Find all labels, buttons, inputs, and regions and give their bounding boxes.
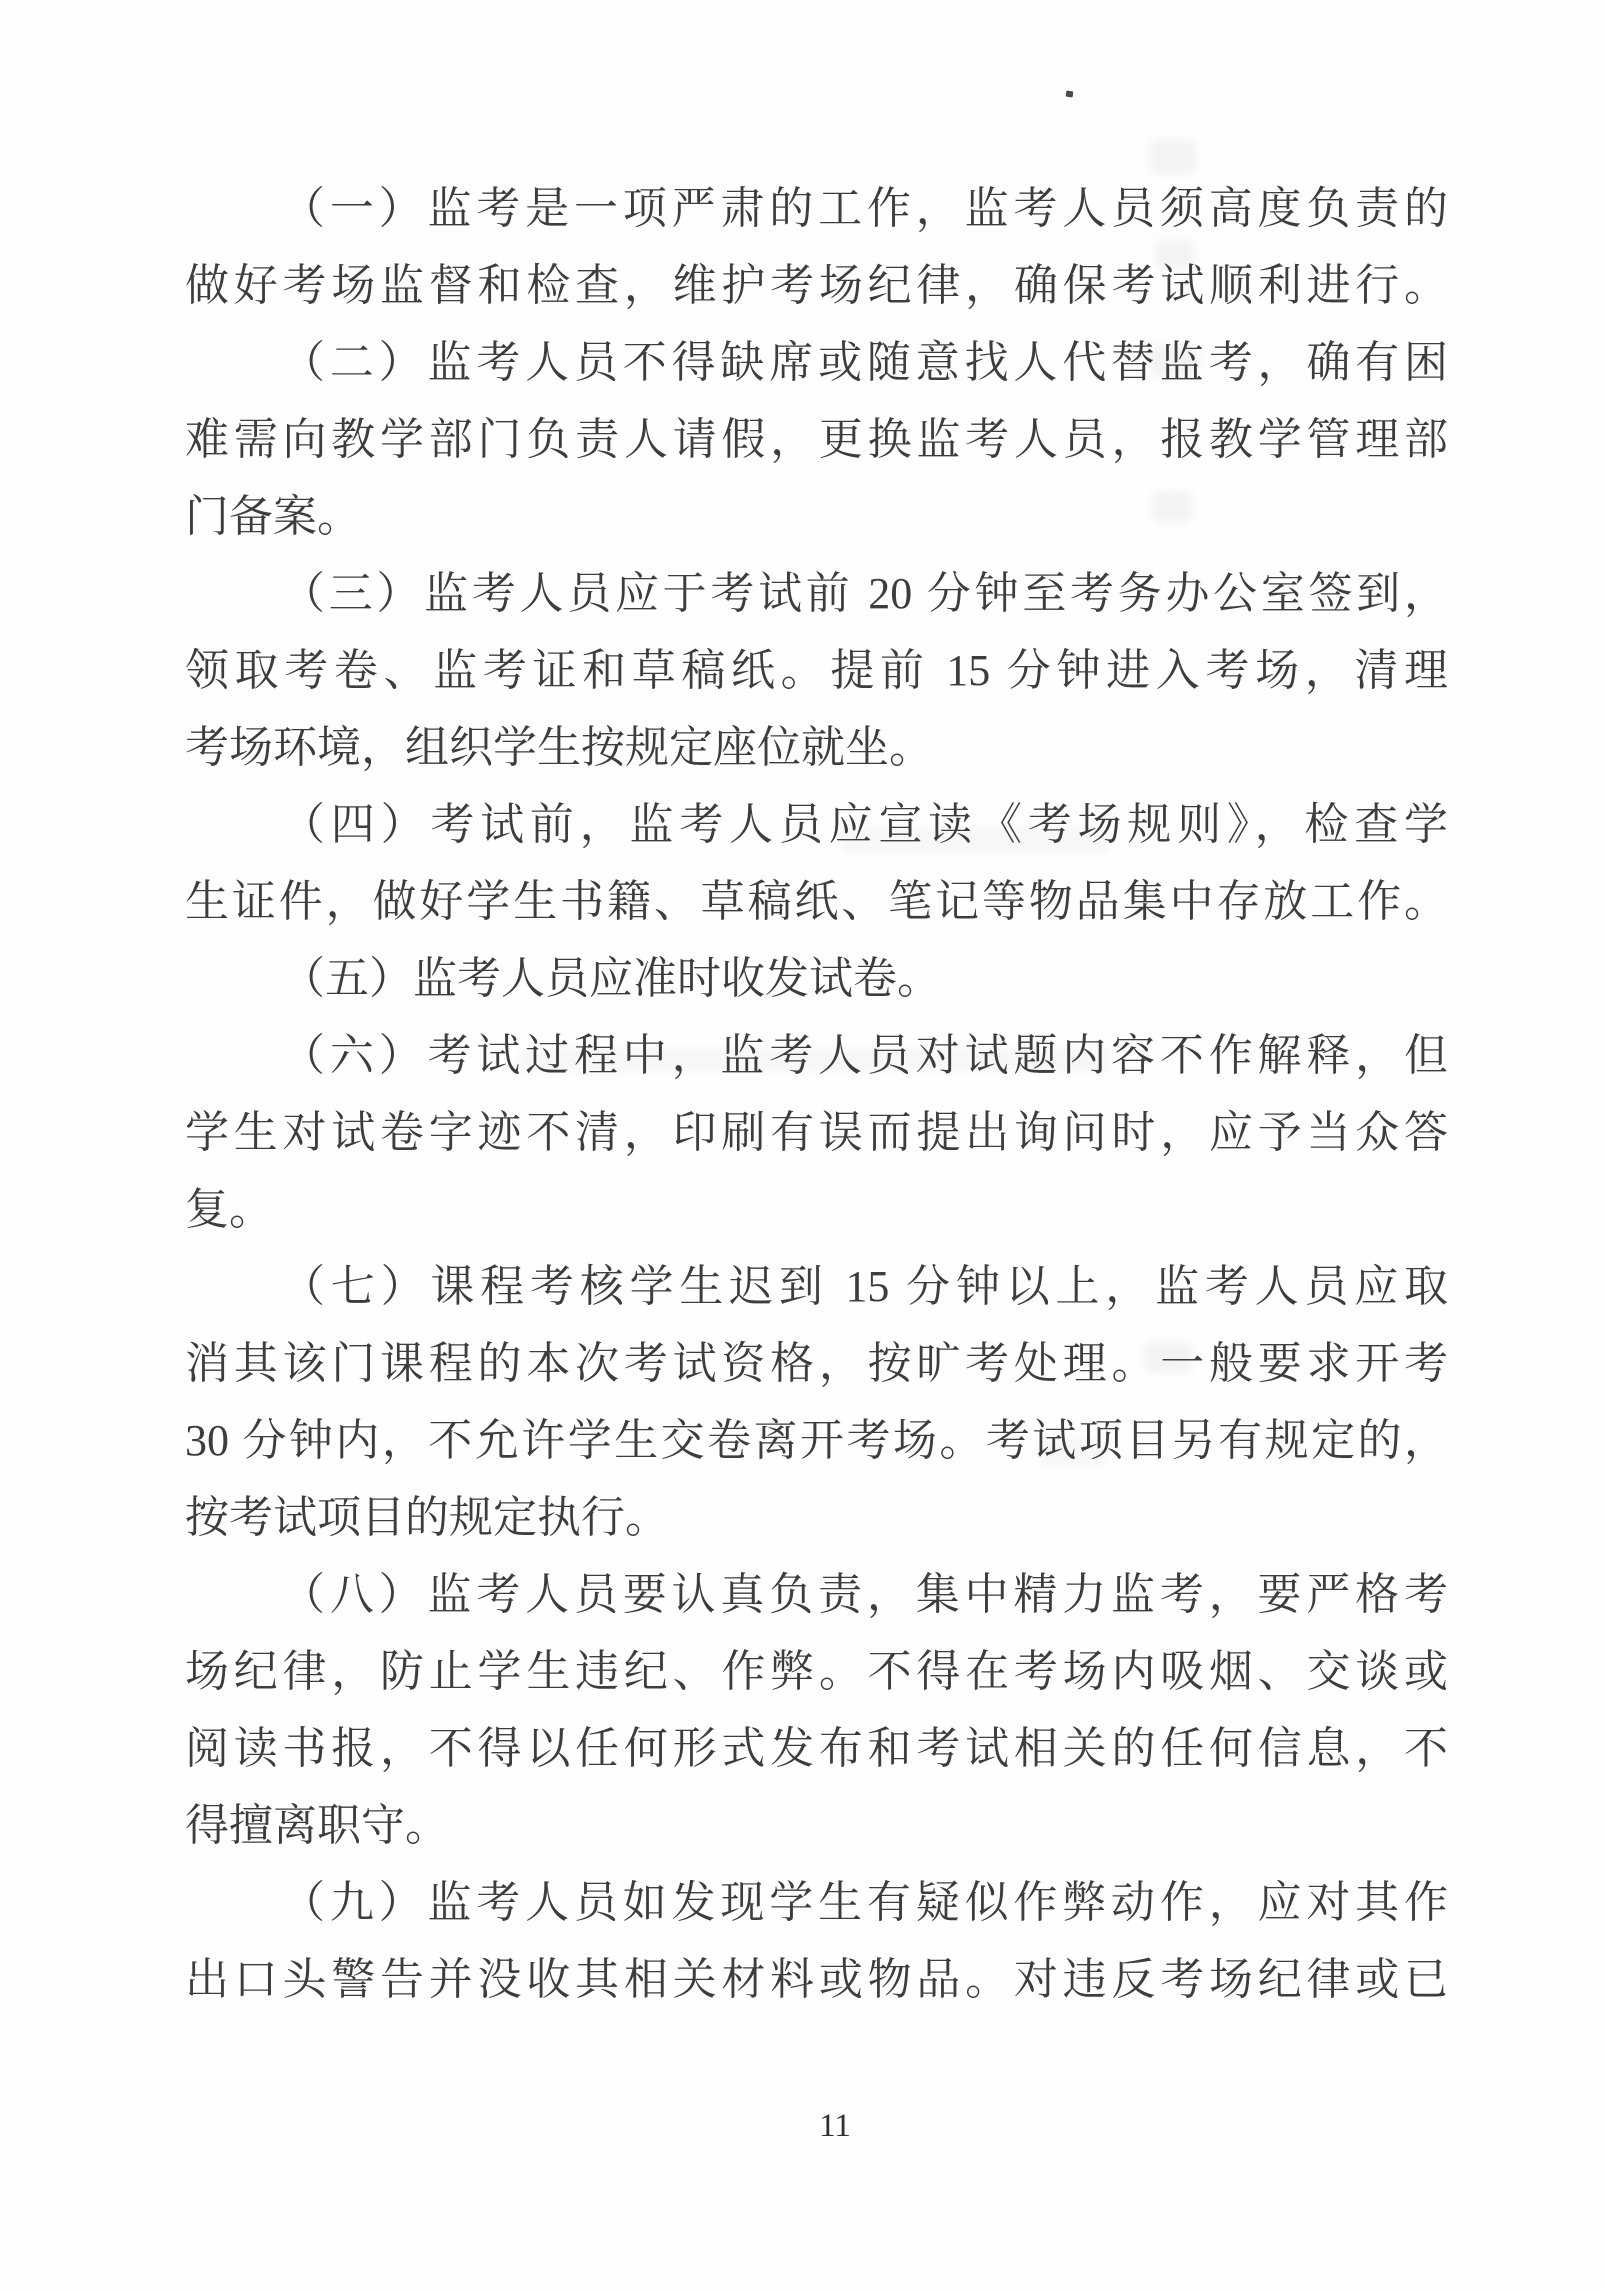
text-line: 阅读书报，不得以任何形式发布和考试相关的任何信息，不	[185, 1710, 1448, 1787]
text-block: （一）监考是一项严肃的工作，监考人员须高度负责的 做好考场监督和检查，维护考场纪…	[185, 170, 1448, 2018]
page-number: 11	[780, 2106, 890, 2146]
text-line: 30 分钟内，不允许学生交卷离开考场。考试项目另有规定的，	[185, 1402, 1448, 1479]
text-line: （四）考试前，监考人员应宣读《考场规则》，检查学	[185, 786, 1448, 863]
text-line: 学生对试卷字迹不清，印刷有误而提出询问时，应予当众答	[185, 1094, 1448, 1171]
paragraph-9: （九）监考人员如发现学生有疑似作弊动作，应对其作 出口头警告并没收其相关材料或物…	[185, 1864, 1448, 2018]
document-page: （一）监考是一项严肃的工作，监考人员须高度负责的 做好考场监督和检查，维护考场纪…	[0, 0, 1605, 2290]
paragraph-4: （四）考试前，监考人员应宣读《考场规则》，检查学 生证件，做好学生书籍、草稿纸、…	[185, 786, 1448, 940]
text-line: 考场环境，组织学生按规定座位就坐。	[185, 709, 1448, 786]
text-line: 生证件，做好学生书籍、草稿纸、笔记等物品集中存放工作。	[185, 863, 1448, 940]
text-line: 领取考卷、监考证和草稿纸。提前 15 分钟进入考场，清理	[185, 632, 1448, 709]
text-line: （一）监考是一项严肃的工作，监考人员须高度负责的	[185, 170, 1448, 247]
paragraph-6: （六）考试过程中，监考人员对试题内容不作解释，但 学生对试卷字迹不清，印刷有误而…	[185, 1017, 1448, 1248]
paragraph-1: （一）监考是一项严肃的工作，监考人员须高度负责的 做好考场监督和检查，维护考场纪…	[185, 170, 1448, 324]
bleed-through-artifact	[1150, 140, 1196, 174]
text-line: （八）监考人员要认真负责，集中精力监考，要严格考	[185, 1556, 1448, 1633]
paragraph-3: （三）监考人员应于考试前 20 分钟至考务办公室签到， 领取考卷、监考证和草稿纸…	[185, 555, 1448, 786]
paragraph-2: （二）监考人员不得缺席或随意找人代替监考，确有困 难需向教学部门负责人请假，更换…	[185, 324, 1448, 555]
text-line: （六）考试过程中，监考人员对试题内容不作解释，但	[185, 1017, 1448, 1094]
scan-dot-artifact	[1066, 91, 1074, 98]
text-line: 门备案。	[185, 478, 1448, 555]
text-line: 复。	[185, 1171, 1448, 1248]
text-line: 得擅离职守。	[185, 1787, 1448, 1864]
paragraph-8: （八）监考人员要认真负责，集中精力监考，要严格考 场纪律，防止学生违纪、作弊。不…	[185, 1556, 1448, 1864]
text-line: 场纪律，防止学生违纪、作弊。不得在考场内吸烟、交谈或	[185, 1633, 1448, 1710]
text-line: （七）课程考核学生迟到 15 分钟以上，监考人员应取	[185, 1248, 1448, 1325]
text-line: （五）监考人员应准时收发试卷。	[185, 940, 1448, 1017]
text-line: （三）监考人员应于考试前 20 分钟至考务办公室签到，	[185, 555, 1448, 632]
text-line: 做好考场监督和检查，维护考场纪律，确保考试顺利进行。	[185, 247, 1448, 324]
paragraph-5: （五）监考人员应准时收发试卷。	[185, 940, 1448, 1017]
text-line: （九）监考人员如发现学生有疑似作弊动作，应对其作	[185, 1864, 1448, 1941]
text-line: 按考试项目的规定执行。	[185, 1479, 1448, 1556]
paragraph-7: （七）课程考核学生迟到 15 分钟以上，监考人员应取 消其该门课程的本次考试资格…	[185, 1248, 1448, 1556]
text-line: 出口头警告并没收其相关材料或物品。对违反考场纪律或已	[185, 1941, 1448, 2018]
text-line: 消其该门课程的本次考试资格，按旷考处理。一般要求开考	[185, 1325, 1448, 1402]
text-line: 难需向教学部门负责人请假，更换监考人员，报教学管理部	[185, 401, 1448, 478]
text-line: （二）监考人员不得缺席或随意找人代替监考，确有困	[185, 324, 1448, 401]
